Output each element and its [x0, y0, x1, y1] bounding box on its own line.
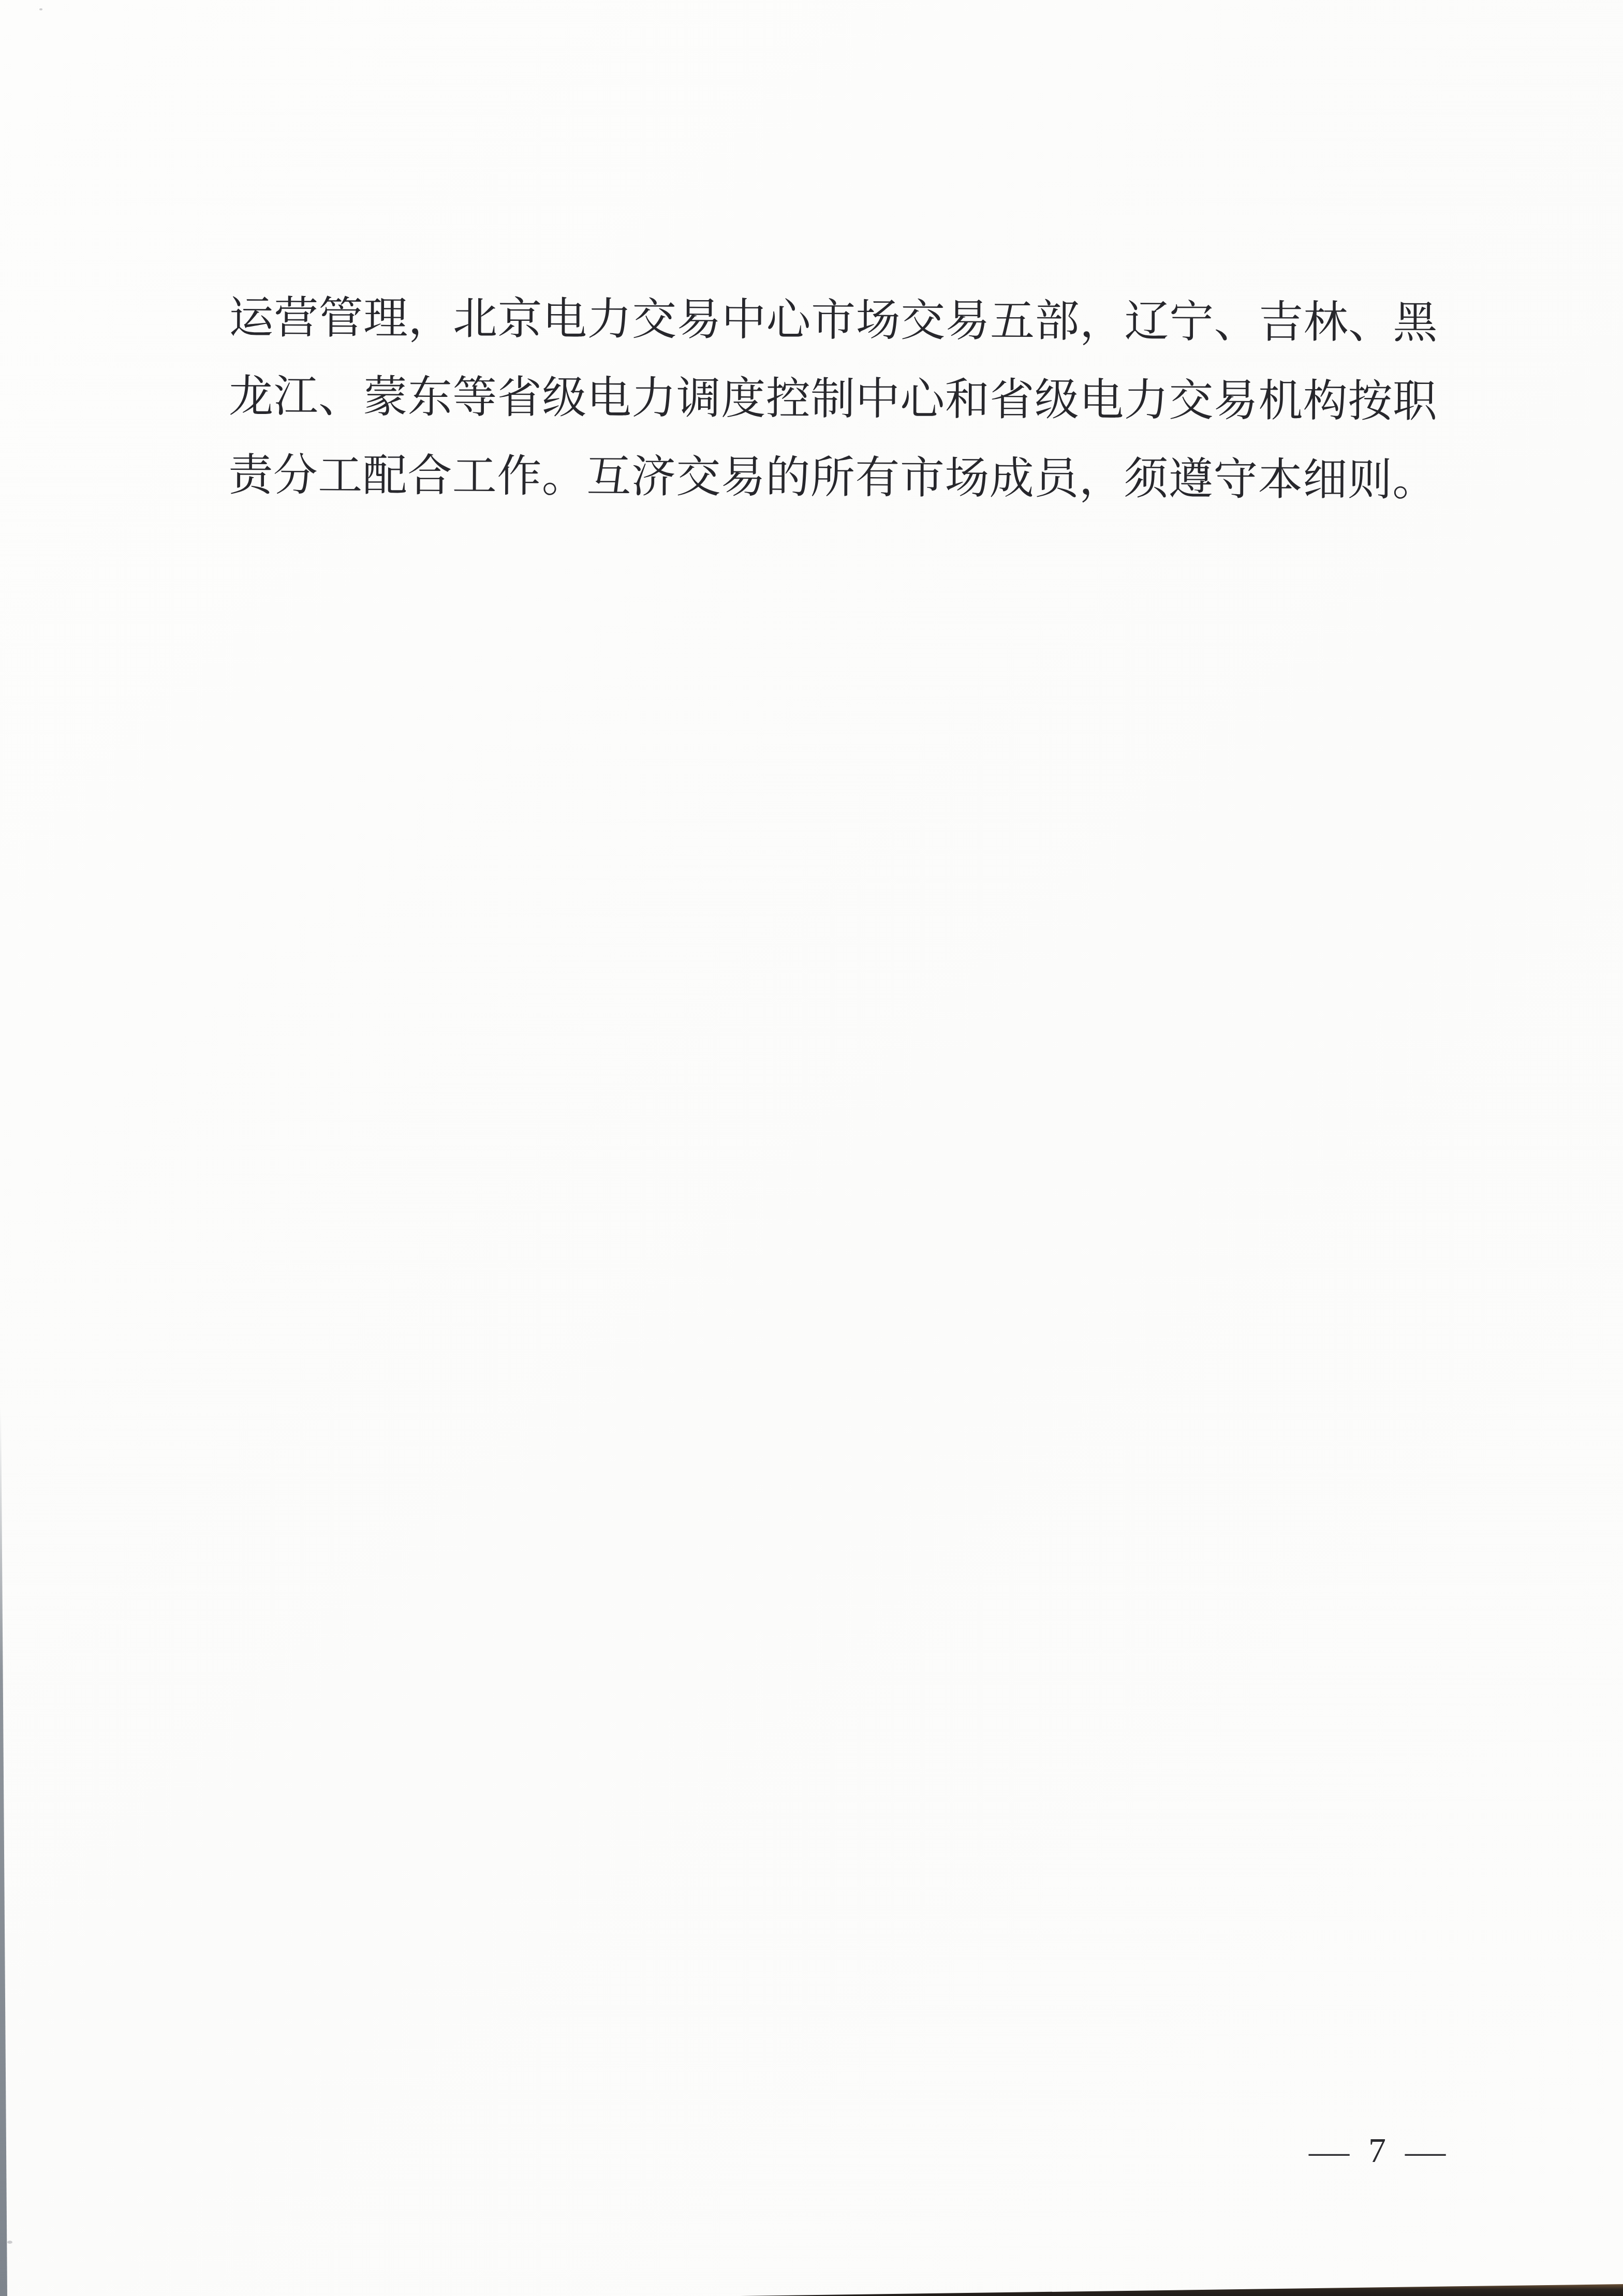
paragraph-line: 龙江、蒙东等省级电力调度控制中心和省级电力交易机构按职 [229, 357, 1435, 441]
scan-speck [7, 2241, 12, 2244]
document-page: 运营管理，北京电力交易中心市场交易五部，辽宁、吉林、黑 龙江、蒙东等省级电力调度… [0, 0, 1623, 2296]
scan-speck [39, 8, 42, 10]
paragraph-line: 运营管理，北京电力交易中心市场交易五部，辽宁、吉林、黑 [229, 278, 1435, 362]
body-paragraph: 运营管理，北京电力交易中心市场交易五部，辽宁、吉林、黑 龙江、蒙东等省级电力调度… [228, 278, 1435, 520]
paragraph-line: 责分工配合工作。互济交易的所有市场成员，须遵守本细则。 [228, 436, 1435, 520]
page-number-dash-left: — [1309, 2131, 1349, 2172]
page-number-dash-right: — [1405, 2131, 1445, 2172]
scan-edge-left-shadow [0, 1408, 7, 2296]
page-number-value: 7 [1368, 2130, 1386, 2171]
page-number: — 7 — [1311, 2131, 1443, 2172]
scan-edge-bottom-shadow [740, 2284, 1623, 2296]
